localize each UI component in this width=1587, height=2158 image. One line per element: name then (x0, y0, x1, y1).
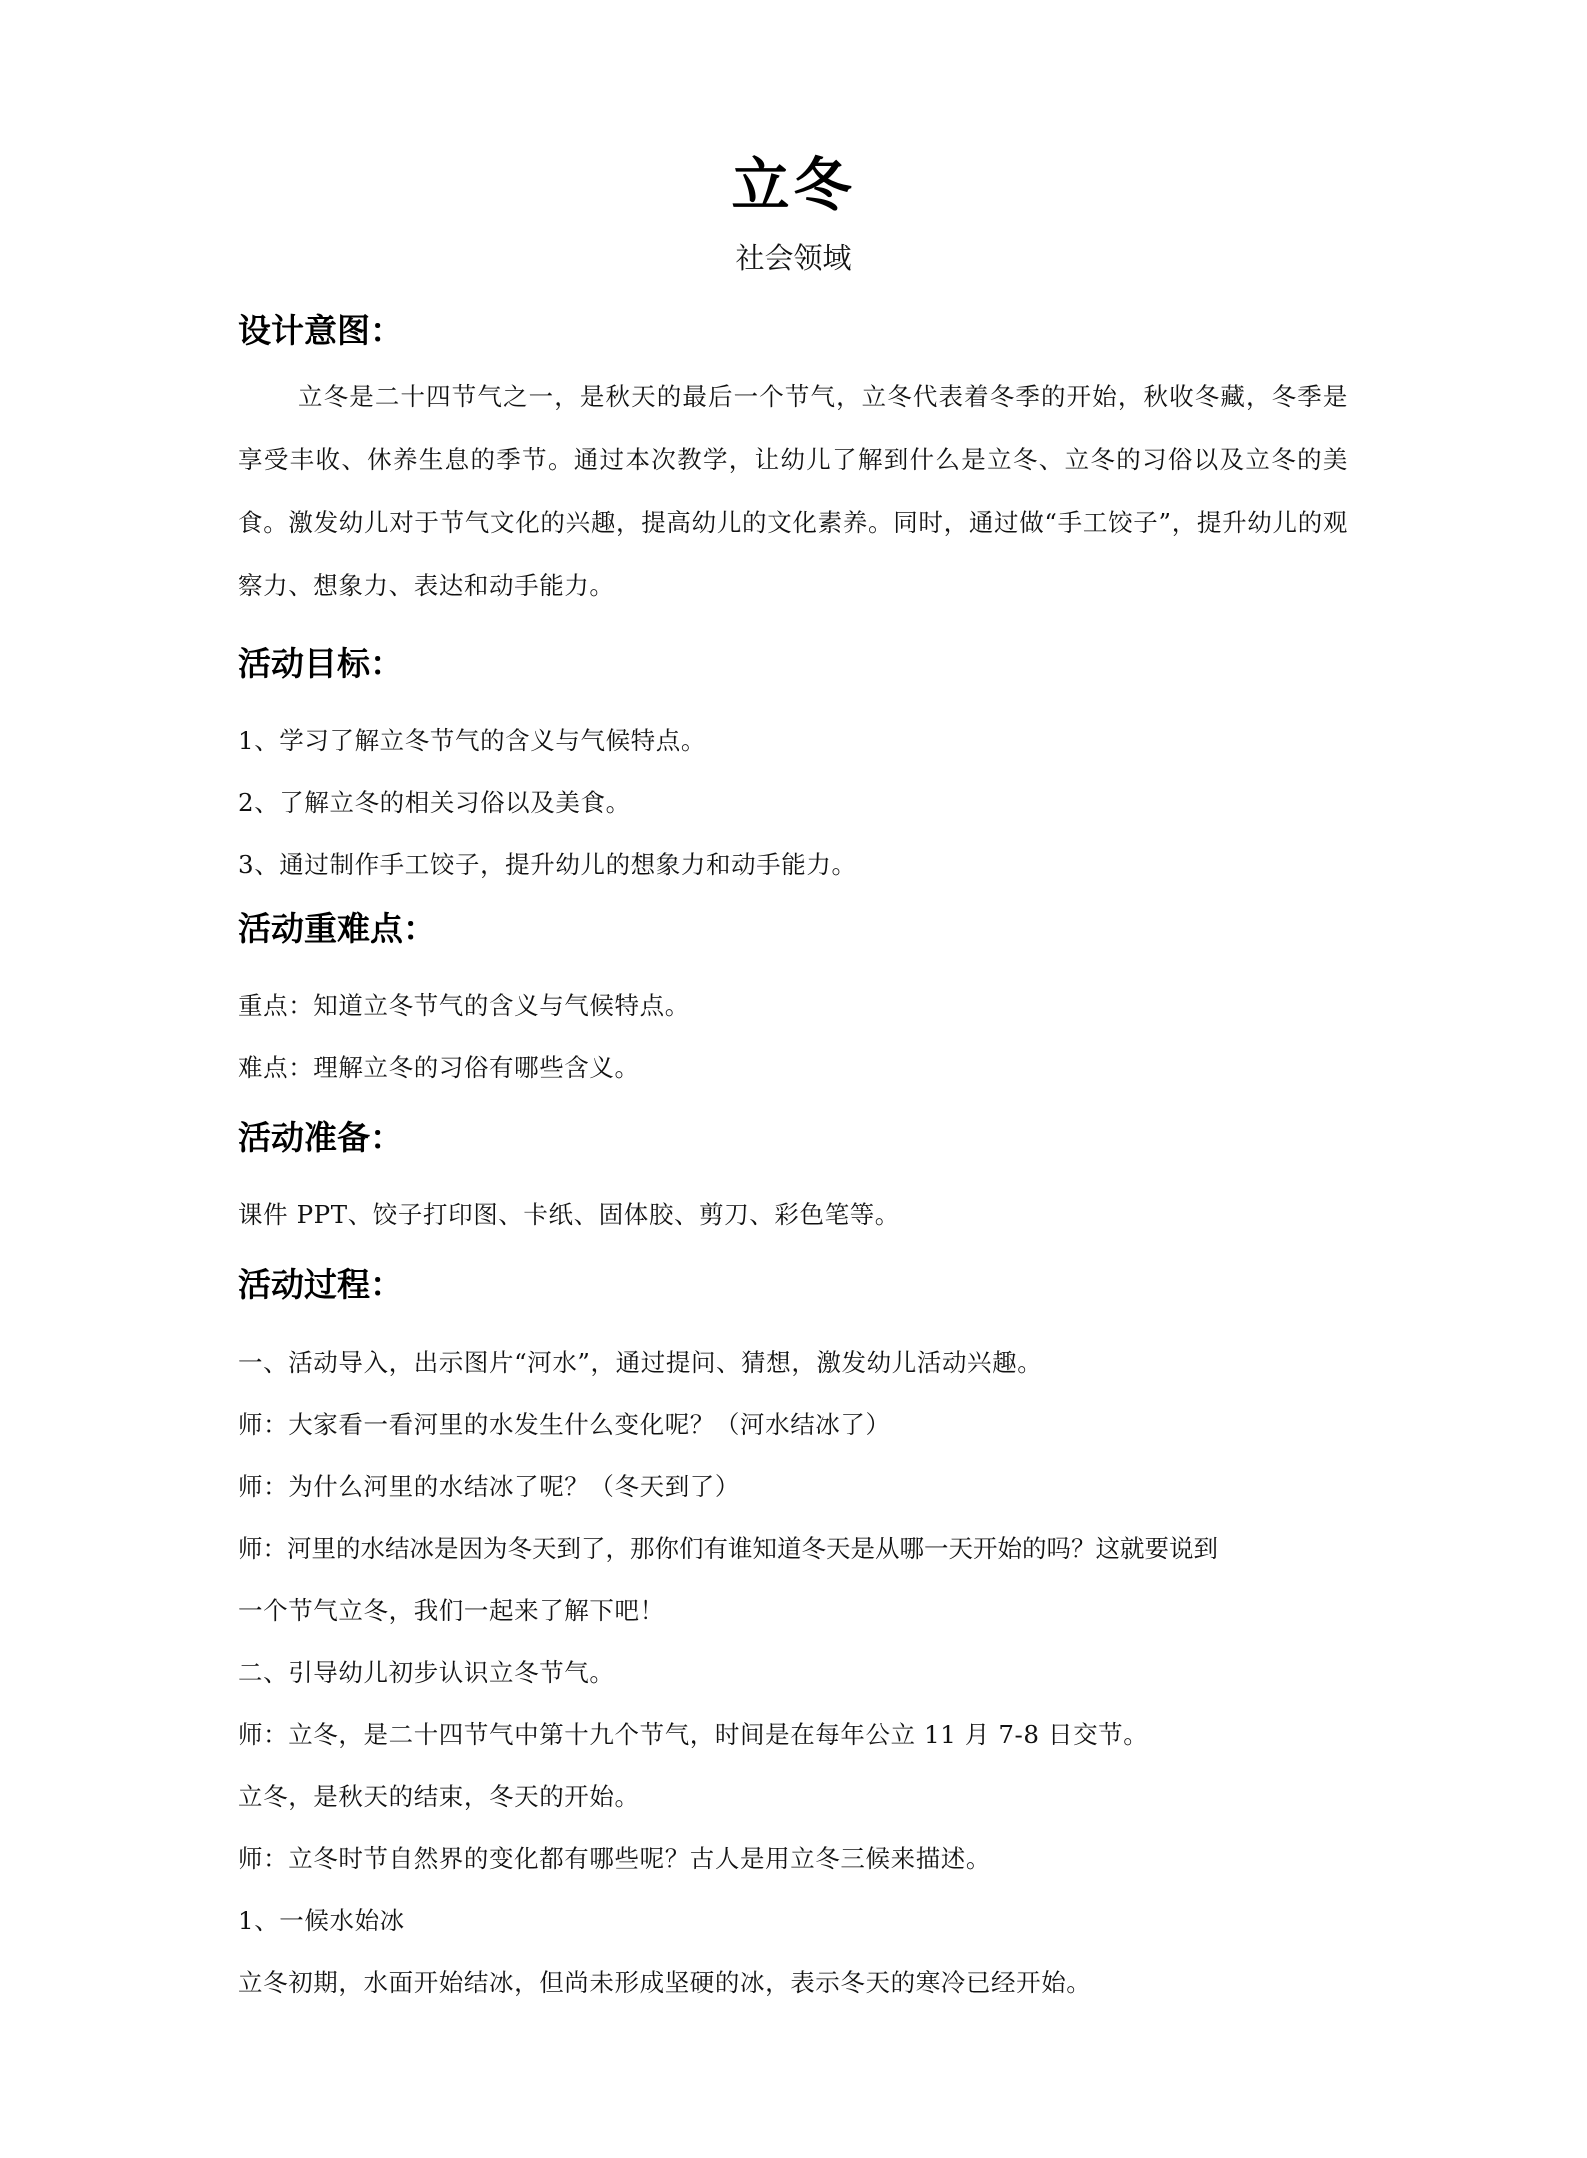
document-subtitle: 社会领域 (0, 240, 1587, 276)
section-heading-key-points: 活动重难点： (238, 908, 436, 950)
design-intent-paragraph: 立冬是二十四节气之一，是秋天的最后一个节气，立冬代表着冬季的开始，秋收冬藏，冬季… (238, 365, 1348, 617)
process-line-6: 二、引导幼儿初步认识立冬节气。 (238, 1657, 615, 1689)
process-line-1: 一、活动导入，出示图片“河水”，通过提问、猜想，激发幼儿活动兴趣。 (238, 1347, 1042, 1379)
process-line-8: 立冬，是秋天的结束，冬天的开始。 (238, 1781, 640, 1813)
process-line-5: 一个节气立冬，我们一起来了解下吧！ (238, 1595, 665, 1627)
process-line-9: 师：立冬时节自然界的变化都有哪些呢？古人是用立冬三候来描述。 (238, 1843, 991, 1875)
objective-item-3: 3、通过制作手工饺子，提升幼儿的想象力和动手能力。 (238, 849, 857, 881)
document-title: 立冬 (0, 150, 1587, 220)
preparation-line: 课件 PPT、饺子打印图、卡纸、固体胶、剪刀、彩色笔等。 (238, 1199, 900, 1231)
section-heading-design-intent: 设计意图： (238, 310, 403, 352)
objective-item-2: 2、了解立冬的相关习俗以及美食。 (238, 787, 631, 819)
process-line-3: 师：为什么河里的水结冰了呢？（冬天到了） (238, 1471, 740, 1503)
process-line-11: 立冬初期，水面开始结冰，但尚未形成坚硬的冰，表示冬天的寒冷已经开始。 (238, 1967, 1091, 1999)
process-line-10: 1、一候水始冰 (238, 1905, 405, 1937)
process-line-7: 师：立冬，是二十四节气中第十九个节气，时间是在每年公立 11 月 7-8 日交节… (238, 1719, 1148, 1751)
document-page: 立冬 社会领域 设计意图： 立冬是二十四节气之一，是秋天的最后一个节气，立冬代表… (0, 0, 1587, 2158)
objective-item-1: 1、学习了解立冬节气的含义与气候特点。 (238, 725, 706, 757)
section-heading-process: 活动过程： (238, 1264, 403, 1306)
section-heading-objectives: 活动目标： (238, 643, 403, 685)
process-line-4: 师：河里的水结冰是因为冬天到了，那你们有谁知道冬天是从哪一天开始的吗？这就要说到 (238, 1533, 1218, 1565)
key-point-line: 重点：知道立冬节气的含义与气候特点。 (238, 990, 690, 1022)
section-heading-preparation: 活动准备： (238, 1117, 403, 1159)
difficult-point-line: 难点：理解立冬的习俗有哪些含义。 (238, 1052, 640, 1084)
process-line-2: 师：大家看一看河里的水发生什么变化呢？（河水结冰了） (238, 1409, 891, 1441)
